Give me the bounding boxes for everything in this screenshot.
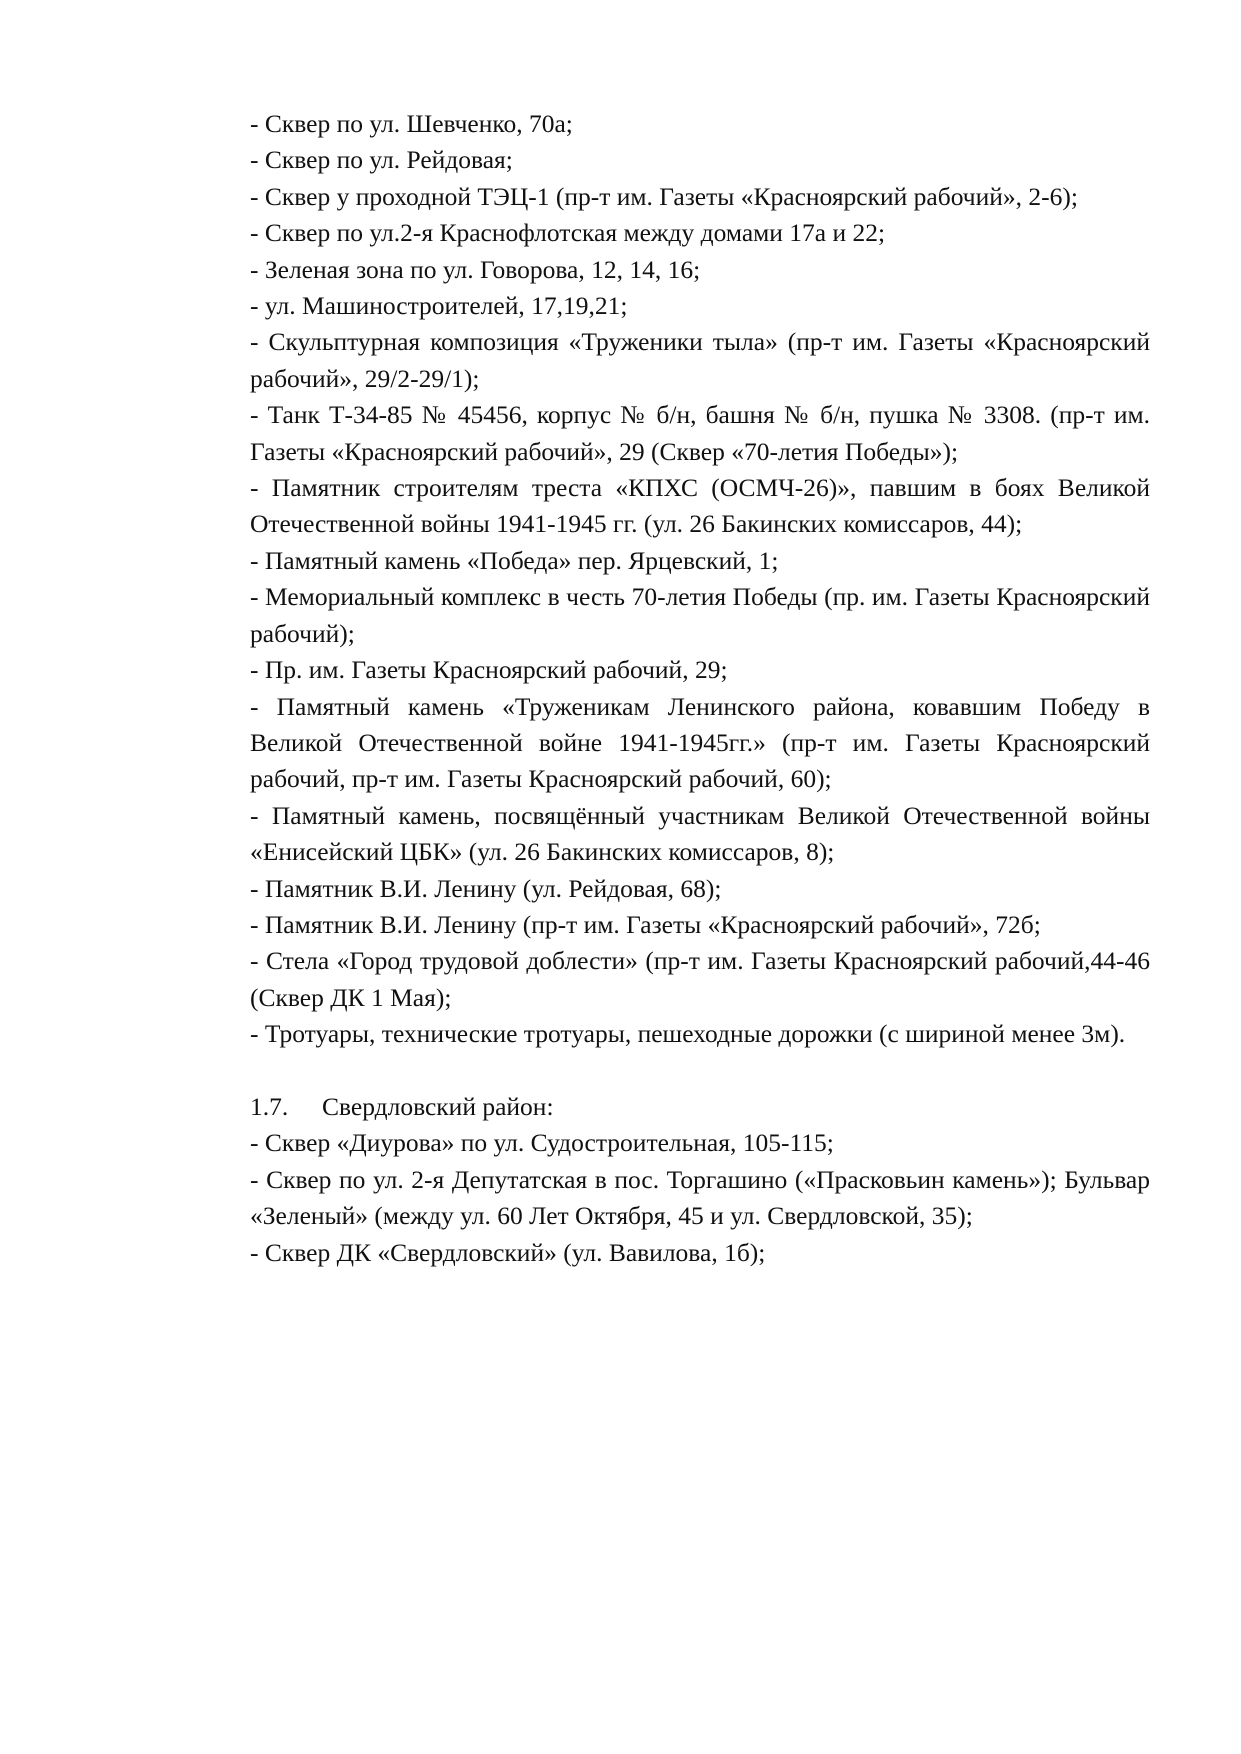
list-item: - Танк Т-34-85 № 45456, корпус № б/н, ба… [250, 397, 1150, 470]
list-item: - Сквер по ул. Рейдовая; [250, 142, 1150, 178]
list-item: - Скульптурная композиция «Труженики тыл… [250, 324, 1150, 397]
document-page: - Сквер по ул. Шевченко, 70а; - Сквер по… [250, 106, 1150, 1271]
list-item: - Памятник В.И. Ленину (ул. Рейдовая, 68… [250, 871, 1150, 907]
section-number: 1.7. [250, 1089, 322, 1125]
list-item: - Памятник В.И. Ленину (пр-т им. Газеты … [250, 907, 1150, 943]
list-item: - Сквер по ул. Шевченко, 70а; [250, 106, 1150, 142]
list-item: - Сквер по ул.2-я Краснофлотская между д… [250, 215, 1150, 251]
section-heading: 1.7. Свердловский район: [250, 1089, 1150, 1125]
list-item: - ул. Машиностроителей, 17,19,21; [250, 288, 1150, 324]
list-item: - Памятный камень «Труженикам Ленинского… [250, 689, 1150, 798]
section-title: Свердловский район: [322, 1089, 554, 1125]
list-item: - Сквер у проходной ТЭЦ-1 (пр-т им. Газе… [250, 179, 1150, 215]
list-item: - Тротуары, технические тротуары, пешехо… [250, 1016, 1150, 1052]
list-item: - Стела «Город трудовой доблести» (пр-т … [250, 943, 1150, 1016]
list-item: - Сквер по ул. 2-я Депутатская в пос. То… [250, 1162, 1150, 1235]
list-sverdlovsky-items: - Сквер «Диурова» по ул. Судостроительна… [250, 1125, 1150, 1271]
list-item: - Памятный камень «Победа» пер. Ярцевски… [250, 543, 1150, 579]
list-item: - Сквер ДК «Свердловский» (ул. Вавилова,… [250, 1235, 1150, 1271]
list-item: - Памятник строителям треста «КПХС (ОСМЧ… [250, 470, 1150, 543]
list-item: - Сквер «Диурова» по ул. Судостроительна… [250, 1125, 1150, 1161]
list-item: - Памятный камень, посвящённый участника… [250, 798, 1150, 871]
list-item: - Пр. им. Газеты Красноярский рабочий, 2… [250, 652, 1150, 688]
list-leninsky-items: - Сквер по ул. Шевченко, 70а; - Сквер по… [250, 106, 1150, 1053]
list-item: - Зеленая зона по ул. Говорова, 12, 14, … [250, 252, 1150, 288]
list-item: - Мемориальный комплекс в честь 70-летия… [250, 579, 1150, 652]
blank-line [250, 1053, 1150, 1089]
